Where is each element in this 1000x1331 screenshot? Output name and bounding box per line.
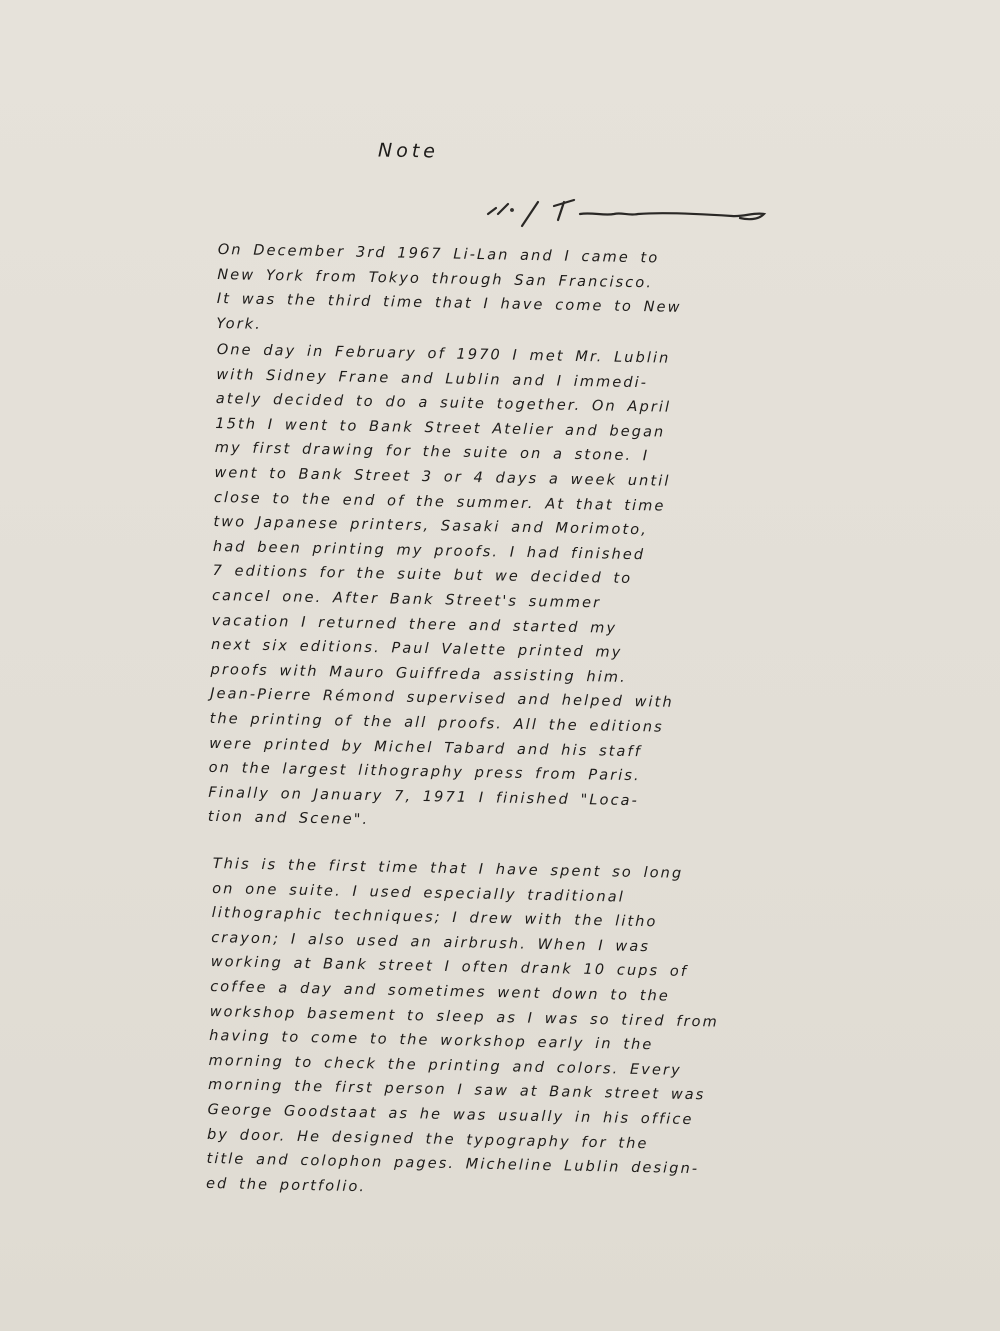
signature-icon xyxy=(482,192,772,238)
paper-page: Note On December 3rd 1967 Li-Lan and I c… xyxy=(0,0,1000,1331)
paragraph-reflection: This is the first time that I have spent… xyxy=(206,852,722,1207)
paragraph-suite-history: One day in February of 1970 I met Mr. Lu… xyxy=(208,338,681,839)
page-title: Note xyxy=(378,139,439,162)
paragraph-arrival: On December 3rd 1967 Li-Lan and I came t… xyxy=(216,238,683,345)
